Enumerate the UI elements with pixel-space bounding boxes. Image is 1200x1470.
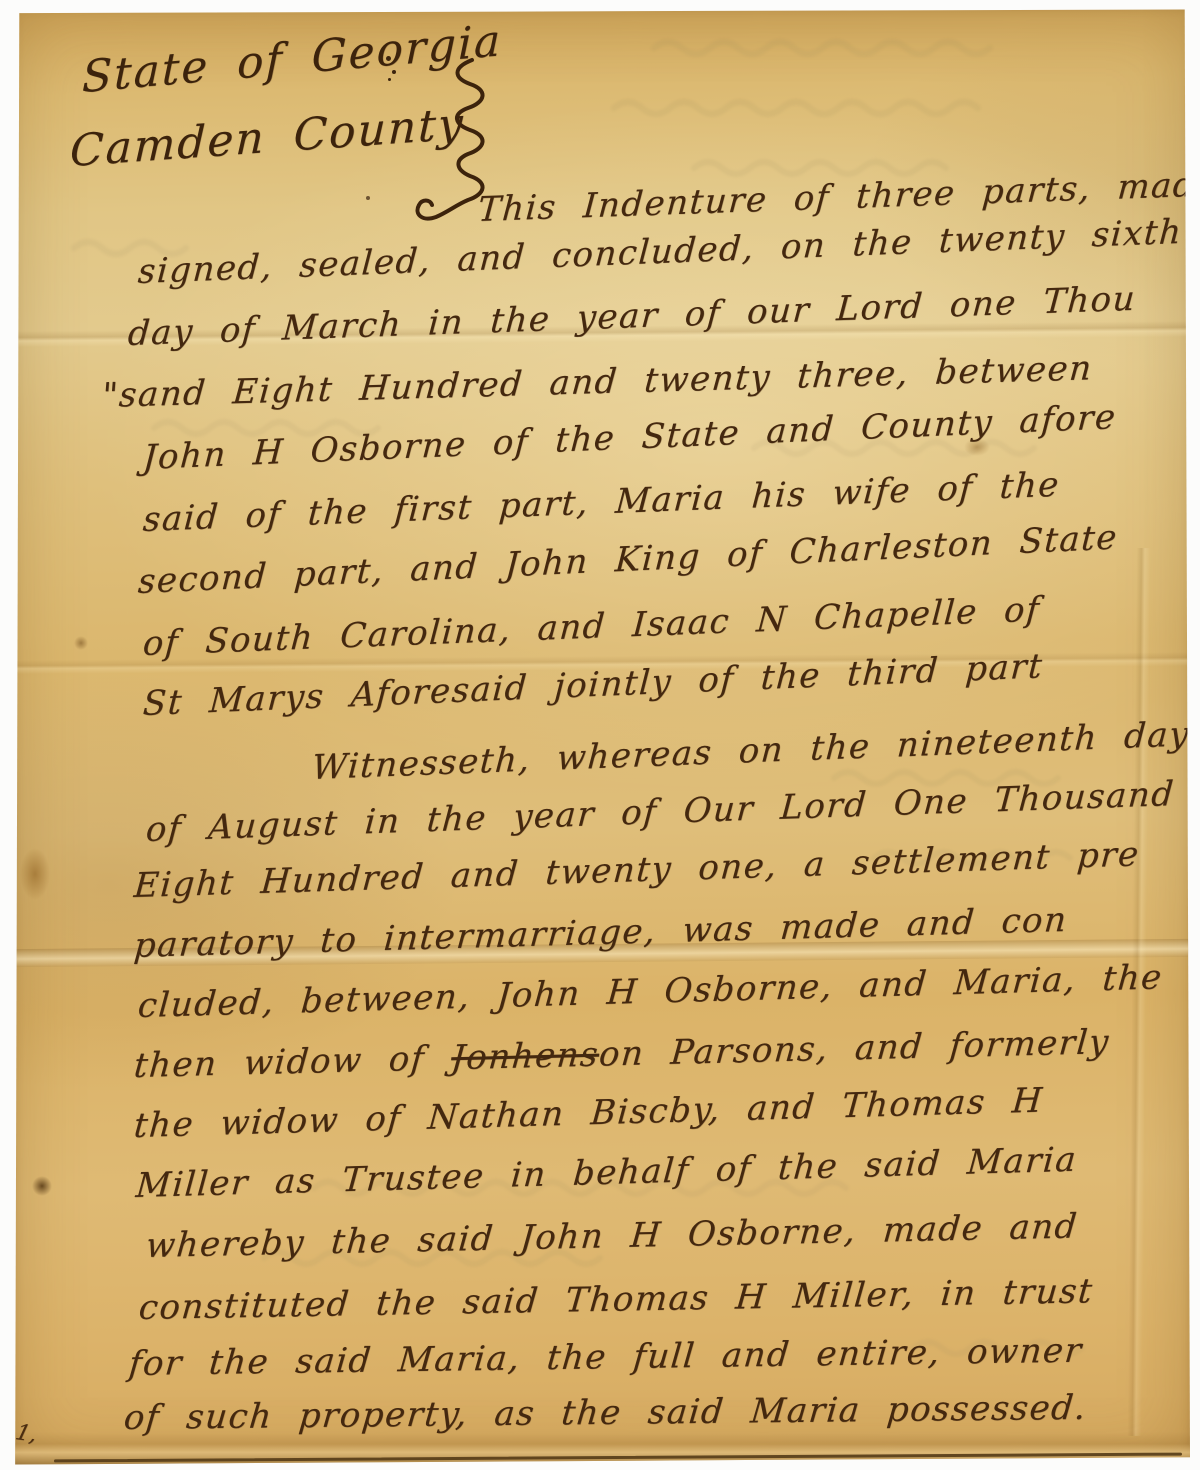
struck-word: Jonhens: [450, 1035, 601, 1079]
ink-speck: [388, 78, 391, 81]
paper-sheet: State of Georgia Camden County This Inde…: [14, 8, 1190, 1466]
text-segment: then widow of: [132, 1038, 453, 1086]
scanned-document-page: State of Georgia Camden County This Inde…: [0, 0, 1200, 1470]
ink-speck: [366, 196, 370, 200]
